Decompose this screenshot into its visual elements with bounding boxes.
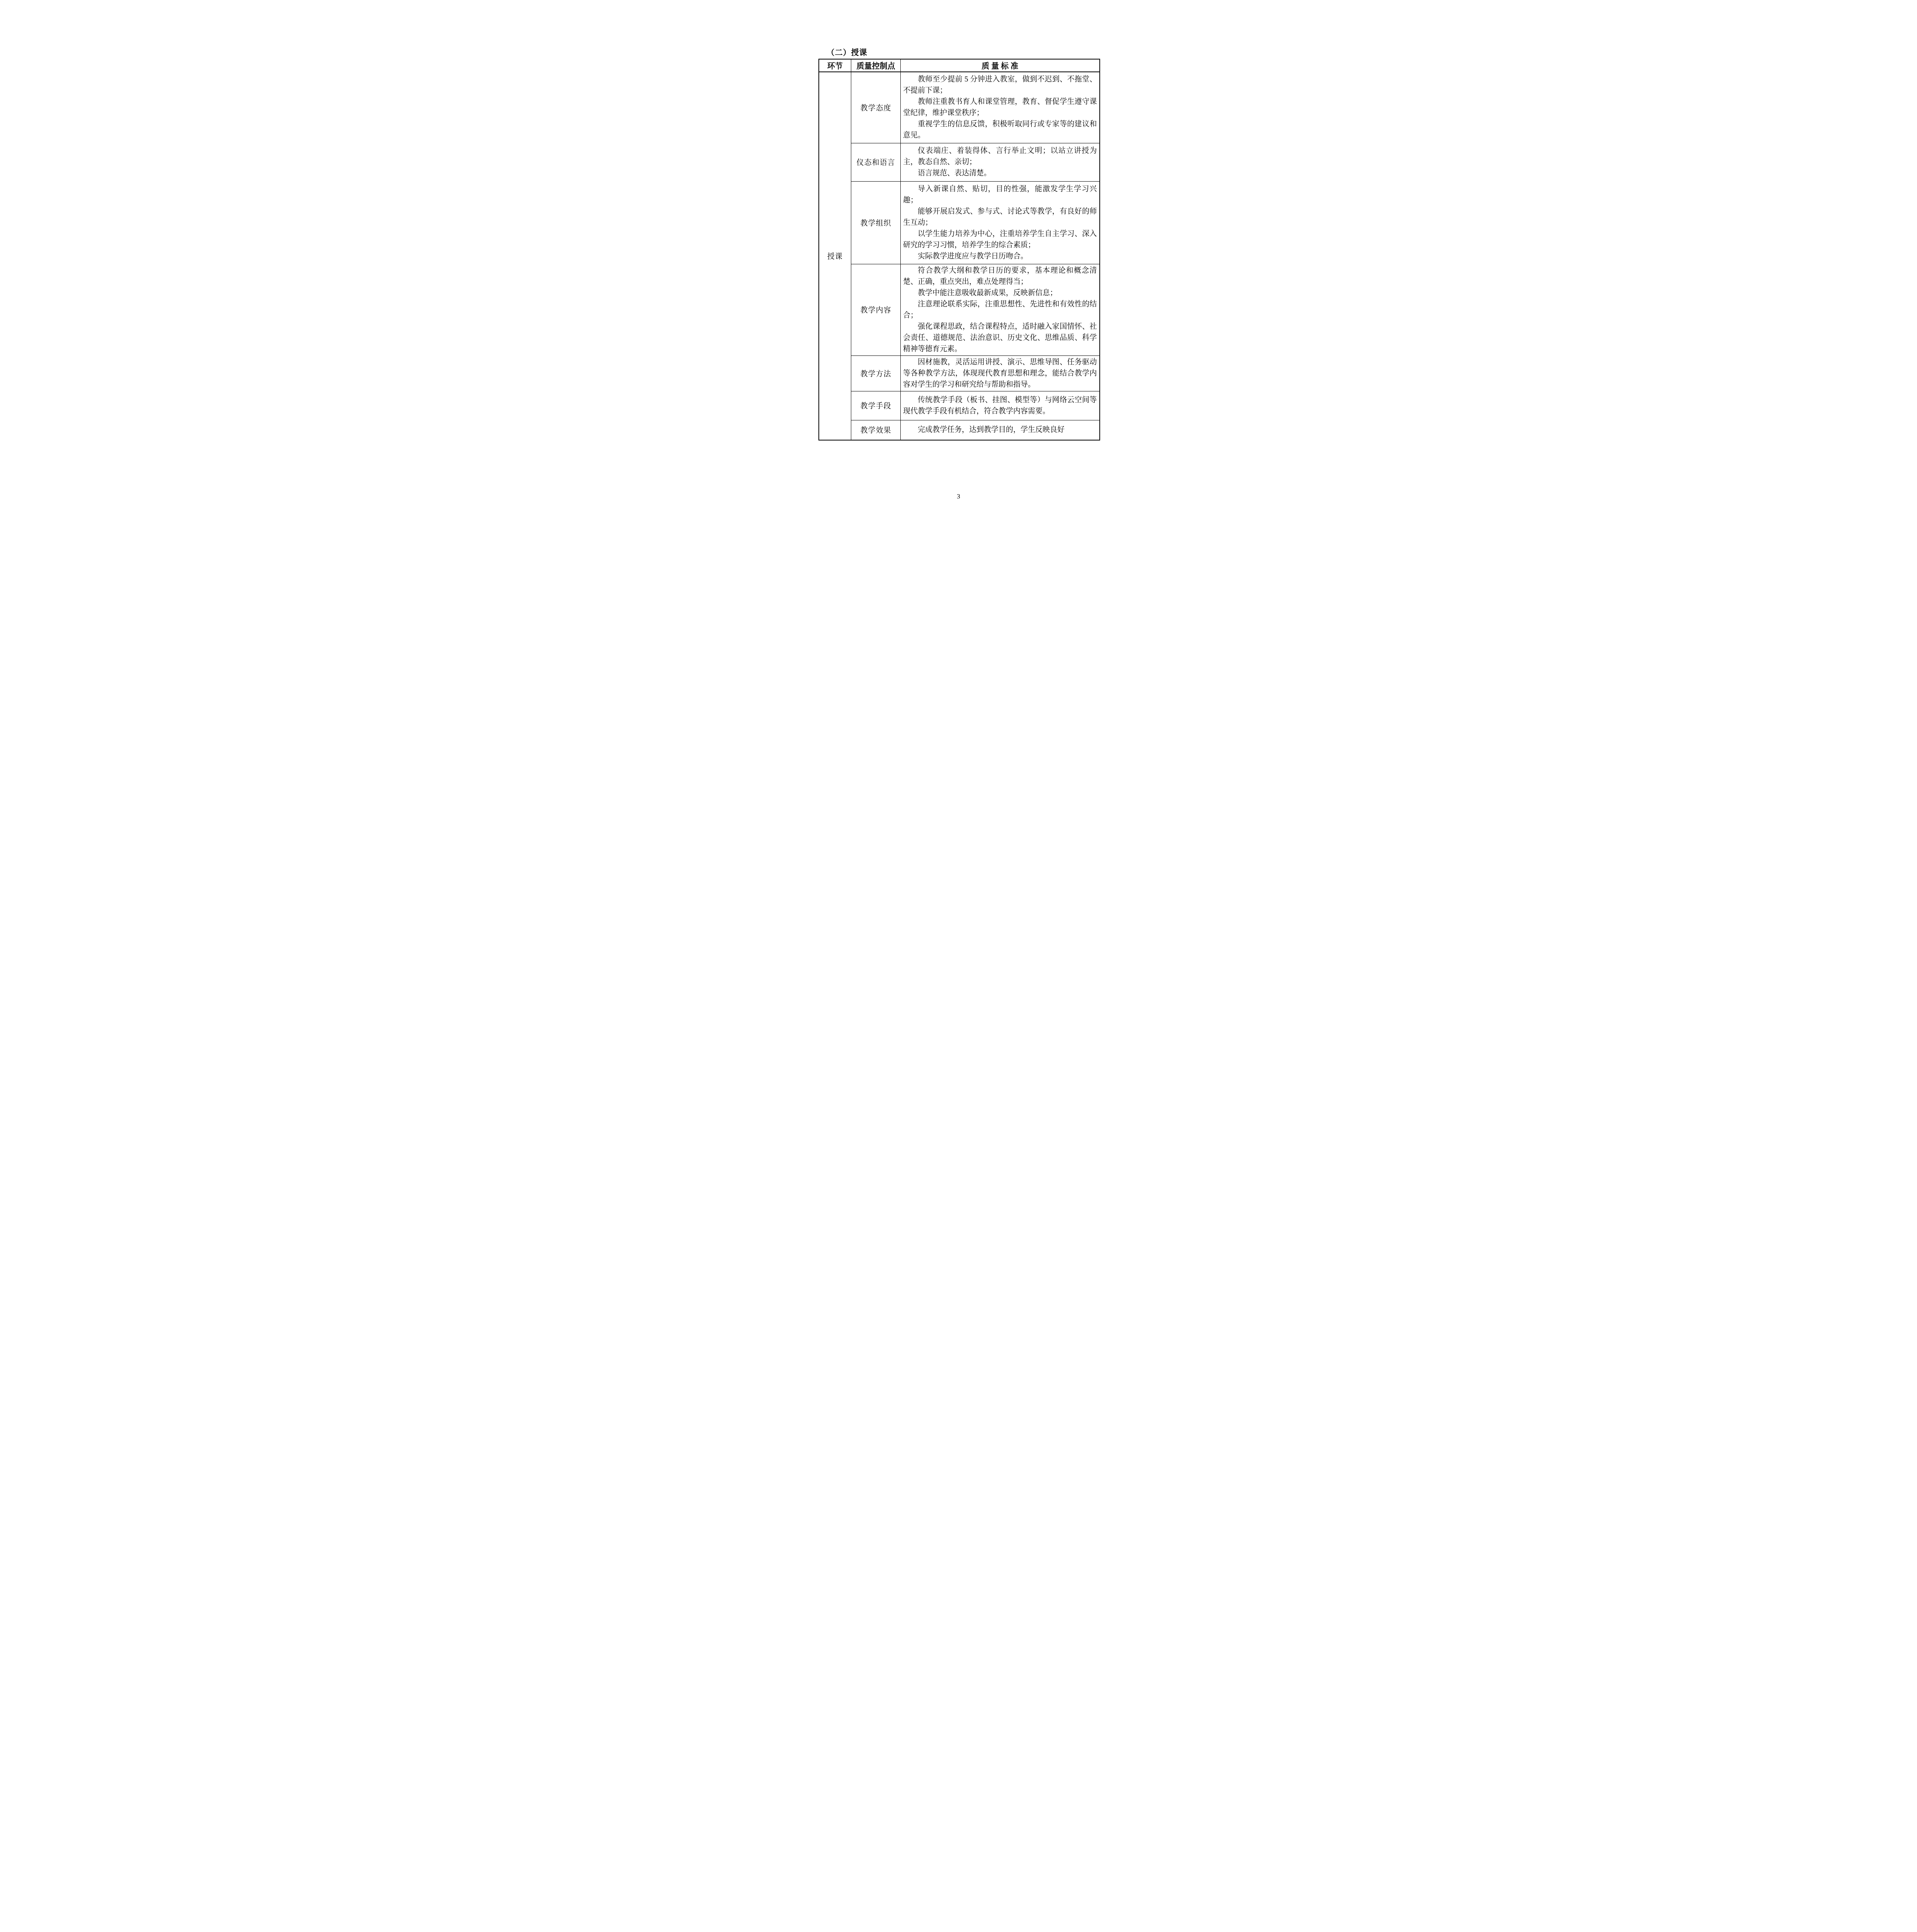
standard-paragraph: 教师注重教书育人和课堂管理，教育、督促学生遵守课堂纪律，维护课堂秩序；	[903, 96, 1097, 119]
control-point-cell: 教学组织	[851, 181, 901, 264]
quality-standards-table: 环节 质量控制点 质 量 标 准 授课 教学态度 教师至少提前 5 分钟进入教室…	[818, 59, 1100, 440]
standard-paragraph: 导入新课自然、贴切，目的性强，能激发学生学习兴趣；	[903, 184, 1097, 206]
standard-paragraph: 仪表端庄、着装得体、言行举止文明；以站立讲授为主，教态自然、亲切；	[903, 145, 1097, 168]
standard-paragraph: 符合教学大纲和教学日历的要求，基本理论和概念清楚、正确，重点突出，难点处理得当；	[903, 265, 1097, 287]
standard-paragraph: 语言规范、表达清楚。	[903, 168, 1097, 179]
control-point-cell: 教学效果	[851, 420, 901, 440]
table-row: 教学手段 传统教学手段（板书、挂图、模型等）与网络云空间等现代教学手段有机结合，…	[819, 391, 1100, 420]
standard-cell: 因材施教，灵活运用讲授、演示、思维导图、任务驱动等各种教学方法，体现现代教育思想…	[901, 355, 1100, 391]
control-point-cell: 仪态和语言	[851, 143, 901, 181]
standard-cell: 完成教学任务，达到教学目的，学生反映良好	[901, 420, 1100, 440]
standard-cell: 仪表端庄、着装得体、言行举止文明；以站立讲授为主，教态自然、亲切； 语言规范、表…	[901, 143, 1100, 181]
standard-paragraph: 以学生能力培养为中心，注重培养学生自主学习、深入研究的学习习惯，培养学生的综合素…	[903, 228, 1097, 251]
control-point-cell: 教学方法	[851, 355, 901, 391]
standard-cell: 导入新课自然、贴切，目的性强，能激发学生学习兴趣； 能够开展启发式、参与式、讨论…	[901, 181, 1100, 264]
standard-cell: 符合教学大纲和教学日历的要求，基本理论和概念清楚、正确，重点突出，难点处理得当；…	[901, 264, 1100, 355]
standard-paragraph: 重视学生的信息反馈，积极听取同行或专家等的建议和意见。	[903, 119, 1097, 141]
control-point-cell: 教学态度	[851, 72, 901, 143]
section-title: （二）授课	[827, 46, 867, 58]
standard-paragraph: 传统教学手段（板书、挂图、模型等）与网络云空间等现代教学手段有机结合，符合教学内…	[903, 395, 1097, 417]
standard-paragraph: 能够开展启发式、参与式、讨论式等教学，有良好的师生互动；	[903, 206, 1097, 228]
table-row: 仪态和语言 仪表端庄、着装得体、言行举止文明；以站立讲授为主，教态自然、亲切； …	[819, 143, 1100, 181]
page-number: 3	[767, 493, 1150, 500]
standard-paragraph: 强化课程思政，结合课程特点，适时融入家国情怀、社会责任、道德规范、法治意识、历史…	[903, 321, 1097, 355]
table-row: 教学方法 因材施教，灵活运用讲授、演示、思维导图、任务驱动等各种教学方法，体现现…	[819, 355, 1100, 391]
table-header-row: 环节 质量控制点 质 量 标 准	[819, 59, 1100, 72]
standard-paragraph: 教学中能注意吸收最新成果，反映新信息；	[903, 287, 1097, 299]
document-page: （二）授课 环节 质量控制点 质 量 标 准 授课 教学态度 教师至少提前 5 …	[767, 0, 1150, 542]
header-standard: 质 量 标 准	[901, 59, 1100, 72]
control-point-cell: 教学手段	[851, 391, 901, 420]
standard-paragraph: 注意理论联系实际，注重思想性、先进性和有效性的结合；	[903, 299, 1097, 321]
standard-paragraph: 实际教学进度应与教学日历吻合。	[903, 251, 1097, 262]
header-control-point: 质量控制点	[851, 59, 901, 72]
standard-paragraph: 教师至少提前 5 分钟进入教室，做到不迟到、不拖堂、不提前下课；	[903, 74, 1097, 96]
standard-cell: 传统教学手段（板书、挂图、模型等）与网络云空间等现代教学手段有机结合，符合教学内…	[901, 391, 1100, 420]
standard-paragraph: 因材施教，灵活运用讲授、演示、思维导图、任务驱动等各种教学方法，体现现代教育思想…	[903, 357, 1097, 390]
table-row: 教学组织 导入新课自然、贴切，目的性强，能激发学生学习兴趣； 能够开展启发式、参…	[819, 181, 1100, 264]
table-row: 授课 教学态度 教师至少提前 5 分钟进入教室，做到不迟到、不拖堂、不提前下课；…	[819, 72, 1100, 143]
standard-cell: 教师至少提前 5 分钟进入教室，做到不迟到、不拖堂、不提前下课； 教师注重教书育…	[901, 72, 1100, 143]
header-stage: 环节	[819, 59, 851, 72]
stage-cell: 授课	[819, 72, 851, 440]
table-row: 教学内容 符合教学大纲和教学日历的要求，基本理论和概念清楚、正确，重点突出，难点…	[819, 264, 1100, 355]
table-row: 教学效果 完成教学任务，达到教学目的，学生反映良好	[819, 420, 1100, 440]
control-point-cell: 教学内容	[851, 264, 901, 355]
standard-paragraph: 完成教学任务，达到教学目的，学生反映良好	[903, 424, 1097, 435]
